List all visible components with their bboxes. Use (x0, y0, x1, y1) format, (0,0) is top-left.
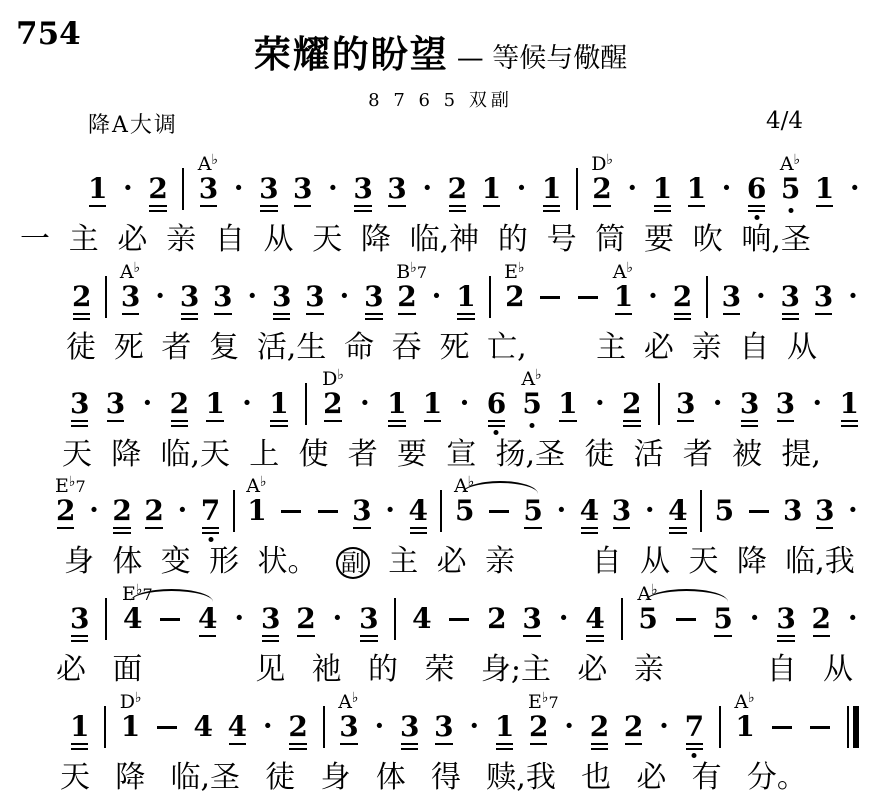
note: 2 (112, 496, 131, 526)
lyric-syllable: 主 (388, 545, 418, 579)
chord-label: A♭ (613, 261, 633, 282)
note: 6 (487, 389, 506, 419)
lyric-syllable: 吞 (392, 331, 422, 365)
chord-label: B♭7 (396, 261, 427, 282)
underline (71, 420, 88, 422)
underline (365, 318, 382, 320)
lyrics-row: 必面见祂的荣身;主必亲自从 (0, 653, 881, 687)
barline (700, 490, 702, 532)
note: 2 (296, 604, 315, 634)
underline (71, 425, 88, 427)
lyric-syllable: 活,生 (257, 331, 327, 365)
lyric-syllable: 从 (640, 545, 670, 579)
note: 2 (144, 496, 163, 526)
underline (340, 743, 357, 745)
music-line: 11D♭44·23A♭·33·12E♭7·22·71A♭天降临,圣徒身体得赎,我… (0, 684, 881, 795)
lyric-syllable: 要 (644, 223, 674, 257)
note: 1 (88, 174, 107, 204)
hold-dash (538, 282, 562, 312)
underline (496, 748, 513, 750)
augmentation-dot: · (327, 174, 339, 204)
augmentation-dot: · (563, 712, 575, 742)
augmentation-dot: · (515, 174, 527, 204)
augmentation-dot: · (141, 389, 153, 419)
underline (488, 425, 505, 427)
lyric-syllable: 见 (255, 653, 285, 687)
underline (171, 425, 188, 427)
lyric-syllable: 者 (683, 438, 713, 472)
note: 3 (180, 282, 199, 312)
lyric-syllable: 筒 (595, 223, 625, 257)
hold-dash (279, 496, 303, 526)
note: 1 (387, 389, 406, 419)
lyrics-row: 天降临,圣徒身体得赎,我也必有分。 (0, 761, 881, 795)
lyric-syllable: 荣 (424, 653, 454, 687)
note: 3 (612, 496, 631, 526)
lyric-syllable: 主 (69, 223, 99, 257)
note: 2 (812, 604, 831, 634)
lyric-syllable: 降 (115, 761, 145, 795)
augmentation-dot: · (421, 174, 433, 204)
music-line: 1·23A♭·33·33·21·12D♭·11·65A♭1·一主必亲自从天降临,… (0, 146, 881, 257)
underline (841, 420, 858, 422)
underline (73, 313, 90, 315)
note: 2 (624, 712, 643, 742)
lyric-syllable: 降 (111, 438, 141, 472)
underline (260, 205, 277, 207)
underline (777, 640, 794, 642)
augmentation-dot: · (749, 604, 761, 634)
underline (360, 635, 377, 637)
augmentation-dot: · (849, 174, 861, 204)
underline (623, 425, 640, 427)
note: 1 (815, 174, 834, 204)
note: 3 (815, 496, 834, 526)
underline (273, 313, 290, 315)
note: 3 (106, 389, 125, 419)
note: 2E♭7 (529, 712, 548, 742)
lyric-syllable: 要 (397, 438, 427, 472)
lyric-syllable: 得 (431, 761, 461, 795)
underline (524, 527, 541, 529)
underline (410, 527, 427, 529)
note: 3 (434, 712, 453, 742)
augmentation-dot: · (558, 604, 570, 634)
underline (89, 205, 106, 207)
underline (449, 210, 466, 212)
underline (816, 205, 833, 207)
underline (324, 420, 341, 422)
note: 3 (776, 604, 795, 634)
underline (782, 313, 799, 315)
note: 3 (783, 496, 802, 526)
lyric-syllable: 祂 (312, 653, 342, 687)
note: 5A♭ (522, 389, 541, 419)
augmentation-dot: · (847, 496, 859, 526)
note: 1A♭ (735, 712, 754, 742)
barline (394, 598, 396, 640)
chord-label: A♭ (246, 475, 266, 496)
underline (714, 635, 731, 637)
note: 4E♭7 (123, 604, 142, 634)
notes-row: 33·21·12D♭·11·65A♭1·23·33·1 (0, 361, 881, 425)
underline (289, 743, 306, 745)
lyric-syllable: 复 (209, 331, 239, 365)
refrain-marker: 副 (336, 545, 370, 579)
underline (365, 313, 382, 315)
lyric-syllable: 死 (439, 331, 469, 365)
note: 4 (198, 604, 217, 634)
note: 1 (482, 174, 501, 204)
augmentation-dot: · (359, 389, 371, 419)
lyric-syllable: 身 (321, 761, 351, 795)
underline (354, 210, 371, 212)
note: 2D♭ (323, 389, 342, 419)
note: 3 (387, 174, 406, 204)
note: 3 (676, 389, 695, 419)
note: 5A♭ (455, 496, 474, 526)
hold-dash (158, 604, 182, 634)
underline (270, 425, 287, 427)
lyric-syllable: 天 (62, 438, 92, 472)
underline (625, 743, 642, 745)
augmentation-dot: · (658, 712, 670, 742)
underline (777, 635, 794, 637)
lyric-syllable: 扬,圣 (496, 438, 566, 472)
note: 4 (228, 712, 247, 742)
underline (401, 743, 418, 745)
note: 2 (170, 389, 189, 419)
underline (294, 205, 311, 207)
note: 1A♭ (247, 496, 266, 526)
underline (149, 205, 166, 207)
augmentation-dot: · (373, 712, 385, 742)
augmentation-dot: · (384, 496, 396, 526)
lyric-syllable: 徒 (265, 761, 295, 795)
augmentation-dot: · (594, 389, 606, 419)
lyric-syllable: 分。 (747, 761, 807, 795)
lyric-syllable: 身;主 (481, 653, 551, 687)
chord-label: D♭ (591, 153, 613, 174)
hymn-sheet-page: 754 荣耀的盼望— 等候与儆醒 8 7 6 5 双副 降A大调 4/4 1·2… (0, 0, 881, 803)
hold-dash (576, 282, 600, 312)
note: 3 (814, 282, 833, 312)
underline (613, 527, 630, 529)
lyric-syllable: 者 (348, 438, 378, 472)
underline (353, 527, 370, 529)
lyric-syllable: 响,圣 (741, 223, 811, 257)
underline (586, 640, 603, 642)
chord-label: E♭7 (55, 475, 86, 496)
notes-row: 23A♭·33·33·32B♭7·12E♭1A♭·23·33· (0, 254, 881, 318)
underline (581, 532, 598, 534)
lyric-syllable: 天 (60, 761, 90, 795)
note: 5A♭ (781, 174, 800, 204)
underline (360, 640, 377, 642)
augmentation-dot: · (847, 282, 859, 312)
lyric-syllable: 状。 (258, 545, 318, 579)
underline (181, 318, 198, 320)
barline (323, 706, 325, 748)
barline (440, 490, 442, 532)
note: 1 (653, 174, 672, 204)
barline (182, 168, 184, 210)
lyric-syllable: 提, (781, 438, 821, 472)
underline (71, 635, 88, 637)
music-line: 2E♭7·22·71A♭3·45A♭5·43·4533·身体变形状。副主必亲自从… (0, 468, 881, 579)
lyric-syllable: 临,我 (785, 545, 855, 579)
lyric-syllable: 自 (767, 653, 797, 687)
underline (71, 743, 88, 745)
low-octave-dot (788, 208, 793, 213)
note: 3 (722, 282, 741, 312)
lyrics-row: 徒死者复活,生命吞死亡,主必亲自从 (0, 331, 881, 365)
underline (71, 640, 88, 642)
score: 1·23A♭·33·33·21·12D♭·11·65A♭1·一主必亲自从天降临,… (0, 0, 881, 803)
underline (435, 743, 452, 745)
hold-dash (487, 496, 511, 526)
note: 2 (487, 604, 506, 634)
underline (388, 205, 405, 207)
note: 3 (776, 389, 795, 419)
lyric-syllable: 的 (368, 653, 398, 687)
underline (73, 318, 90, 320)
note: 1 (840, 389, 859, 419)
underline (113, 527, 130, 529)
underline (424, 420, 441, 422)
underline (483, 205, 500, 207)
note: 1 (558, 389, 577, 419)
hold-dash (155, 712, 179, 742)
lyric-syllable: 从 (823, 653, 853, 687)
lyric-syllable: 徒 (66, 331, 96, 365)
lyric-syllable: 自 (739, 331, 769, 365)
note: 5 (523, 496, 542, 526)
underline (813, 635, 830, 637)
underline (815, 313, 832, 315)
lyric-syllable: 被 (732, 438, 762, 472)
hold-dash (674, 604, 698, 634)
lyric-syllable: 一 (20, 223, 50, 257)
underline (410, 532, 427, 534)
barline (305, 383, 307, 425)
underline (388, 425, 405, 427)
music-line: 33·21·12D♭·11·65A♭1·23·33·1天降临,天上使者要宣扬,圣… (0, 361, 881, 472)
underline (543, 205, 560, 207)
note: 3 (213, 282, 232, 312)
barline (489, 276, 491, 318)
lyric-syllable: 主 (596, 331, 626, 365)
lyric-syllable: 号 (547, 223, 577, 257)
augmentation-dot: · (712, 389, 724, 419)
underline (270, 420, 287, 422)
note: 3 (352, 496, 371, 526)
lyric-syllable: 从 (264, 223, 294, 257)
lyric-syllable: 天 (689, 545, 719, 579)
underline (206, 420, 223, 422)
augmentation-dot: · (431, 282, 443, 312)
augmentation-dot: · (241, 389, 253, 419)
underline (488, 420, 505, 422)
augmentation-dot: · (262, 712, 274, 742)
chord-label: E♭ (504, 261, 524, 282)
lyric-syllable: 死 (114, 331, 144, 365)
augmentation-dot: · (154, 282, 166, 312)
lyric-syllable: 亲 (166, 223, 196, 257)
note: 5 (713, 604, 732, 634)
barline (621, 598, 623, 640)
note: 7 (685, 712, 704, 742)
chord-label: D♭ (322, 368, 344, 389)
refrain-marker-circle: 副 (336, 547, 370, 579)
lyric-syllable: 徒 (584, 438, 614, 472)
note: 5 (715, 496, 734, 526)
lyric-syllable: 必 (117, 223, 147, 257)
underline (591, 748, 608, 750)
underline (449, 205, 466, 207)
lyric-syllable: 必 (437, 545, 467, 579)
lyric-syllable: 临,天 (161, 438, 231, 472)
lyric-syllable: 亡, (487, 331, 527, 365)
note: 3 (261, 604, 280, 634)
underline (202, 527, 219, 529)
chord-label: A♭ (521, 368, 541, 389)
note: 3A♭ (121, 282, 140, 312)
chord-label: A♭ (780, 153, 800, 174)
note: 4 (409, 496, 428, 526)
note: 3 (305, 282, 324, 312)
barline (233, 490, 235, 532)
augmentation-dot: · (811, 389, 823, 419)
note: 4 (412, 604, 431, 634)
note: 2B♭7 (397, 282, 416, 312)
augmentation-dot: · (644, 496, 656, 526)
note: 5A♭ (638, 604, 657, 634)
note: 7 (201, 496, 220, 526)
lyric-syllable: 临,神 (410, 223, 480, 257)
notes-row: 2E♭7·22·71A♭3·45A♭5·43·4533· (0, 468, 881, 532)
note: 3 (70, 604, 89, 634)
note: 3 (781, 282, 800, 312)
note: 3 (740, 389, 759, 419)
underline (677, 420, 694, 422)
underline (181, 313, 198, 315)
underline (306, 313, 323, 315)
underline (623, 420, 640, 422)
lyric-syllable: 自 (592, 545, 622, 579)
augmentation-dot: · (233, 174, 245, 204)
underline (107, 420, 124, 422)
music-line: 23A♭·33·33·32B♭7·12E♭1A♭·23·33·徒死者复活,生命吞… (0, 254, 881, 365)
augmentation-dot: · (122, 174, 134, 204)
lyric-syllable: 体 (376, 761, 406, 795)
lyric-syllable: 降 (737, 545, 767, 579)
note: 3 (272, 282, 291, 312)
underline (122, 313, 139, 315)
underline (748, 210, 765, 212)
chord-label: A♭ (120, 261, 140, 282)
augmentation-dot: · (88, 496, 100, 526)
lyric-syllable: 吹 (693, 223, 723, 257)
note: 3 (70, 389, 89, 419)
underline (262, 640, 279, 642)
hold-dash (747, 496, 771, 526)
low-octave-dot (208, 537, 213, 542)
lyrics-row: 身体变形状。副主必亲自从天降临,我 (0, 545, 881, 579)
note: 3 (293, 174, 312, 204)
underline (593, 205, 610, 207)
final-barline (847, 706, 859, 748)
underline (741, 420, 758, 422)
lyric-syllable: 亲 (634, 653, 664, 687)
lyric-syllable: 从 (787, 331, 817, 365)
underline (816, 527, 833, 529)
lyric-syllable: 必 (56, 653, 86, 687)
chord-label: A♭ (198, 153, 218, 174)
underline (543, 210, 560, 212)
lyric-syllable: 命 (344, 331, 374, 365)
note: 2D♭ (592, 174, 611, 204)
lyric-syllable: 也 (581, 761, 611, 795)
note: 4 (668, 496, 687, 526)
augmentation-dot: · (459, 389, 471, 419)
underline (615, 313, 632, 315)
underline (149, 210, 166, 212)
note: 1 (687, 174, 706, 204)
lyric-syllable: 者 (161, 331, 191, 365)
augmentation-dot: · (246, 282, 258, 312)
note: 1 (542, 174, 561, 204)
note: 1 (495, 712, 514, 742)
lyric-syllable: 必 (644, 331, 674, 365)
lyric-syllable: 亲 (692, 331, 722, 365)
lyric-syllable: 变 (161, 545, 191, 579)
underline (581, 527, 598, 529)
note: 2 (448, 174, 467, 204)
underline (229, 743, 246, 745)
lyric-syllable: 必 (636, 761, 666, 795)
lyric-syllable: 宣 (446, 438, 476, 472)
underline (741, 425, 758, 427)
note: 4 (585, 604, 604, 634)
augmentation-dot: · (331, 604, 343, 634)
underline (260, 210, 277, 212)
note: 1 (423, 389, 442, 419)
underline (669, 532, 686, 534)
chord-label: E♭7 (528, 691, 559, 712)
lyric-syllable: 必 (577, 653, 607, 687)
note: 2 (148, 174, 167, 204)
underline (523, 635, 540, 637)
note: 2 (622, 389, 641, 419)
lyric-syllable: 活 (634, 438, 664, 472)
underline (686, 743, 703, 745)
note: 6 (747, 174, 766, 204)
underline (262, 635, 279, 637)
music-line: 34E♭74·32·3423·45A♭5·32·必面见祂的荣身;主必亲自从 (0, 576, 881, 687)
lyric-syllable: 的 (498, 223, 528, 257)
barline (719, 706, 721, 748)
underline (686, 748, 703, 750)
note: 2 (673, 282, 692, 312)
underline (401, 748, 418, 750)
low-octave-dot (530, 423, 535, 428)
notes-row: 34E♭74·32·3423·45A♭5·32· (0, 576, 881, 640)
underline (388, 420, 405, 422)
underline (202, 532, 219, 534)
note: 1A♭ (614, 282, 633, 312)
note: 2 (72, 282, 91, 312)
